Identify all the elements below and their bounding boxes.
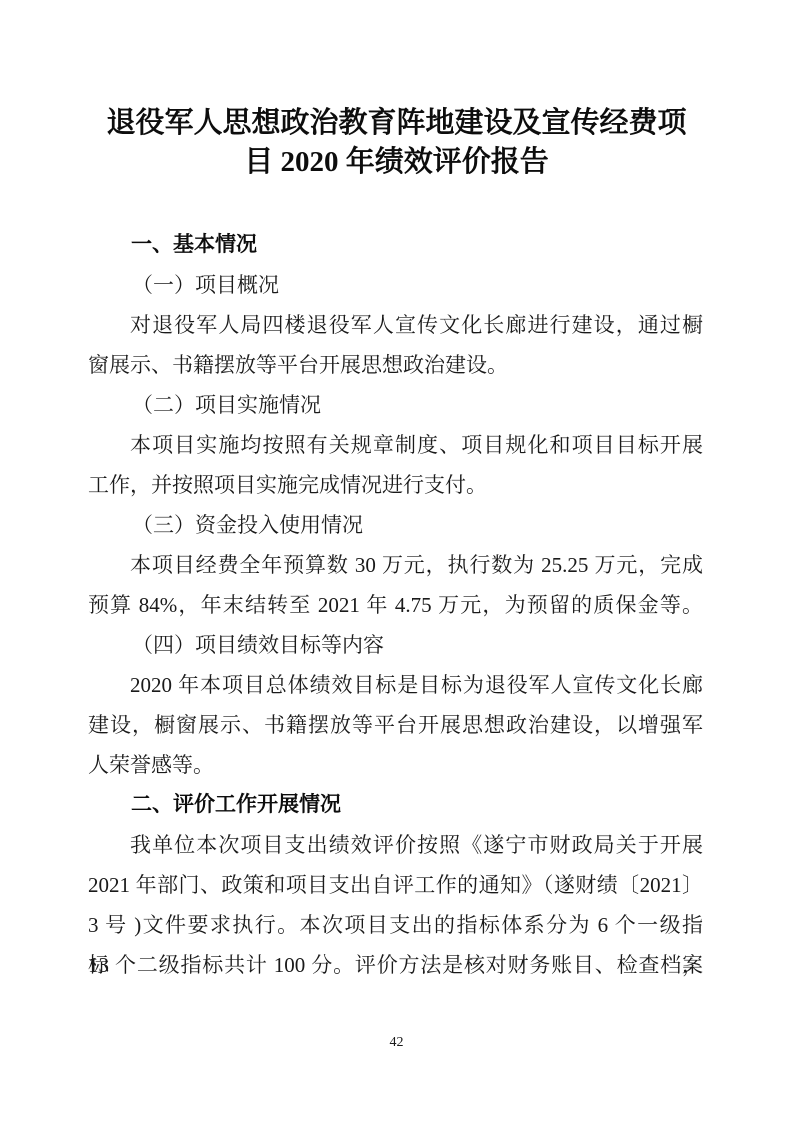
section-heading-basic-situation: 一、基本情况: [88, 225, 703, 265]
paragraph-line: 人荣誉感等。: [88, 745, 703, 785]
paragraph-line: 我单位本次项目支出绩效评价按照《遂宁市财政局关于开展: [88, 825, 703, 865]
paragraph-line: 本项目实施均按照有关规章制度、项目规化和项目目标开展: [88, 425, 703, 465]
subsection-heading-implementation: （二）项目实施情况: [88, 385, 703, 425]
subsection-heading-performance-targets: （四）项目绩效目标等内容: [88, 625, 703, 665]
paragraph-line: 预算 84%，年末结转至 2021 年 4.75 万元，为预留的质保金等。: [88, 585, 703, 625]
paragraph-line: 3 号 )文件要求执行。本次项目支出的指标体系分为 6 个一级指标，: [88, 905, 703, 945]
report-title-line-2: 目 2020 年绩效评价报告: [90, 143, 703, 182]
page-number: 42: [0, 1034, 793, 1052]
paragraph-line: 13 个二级指标共计 100 分。评价方法是核对财务账目、检查档案: [88, 945, 703, 985]
paragraph-line: 建设，橱窗展示、书籍摆放等平台开展思想政治建设，以增强军: [88, 705, 703, 745]
report-title: 退役军人思想政治教育阵地建设及宣传经费项 目 2020 年绩效评价报告: [90, 104, 703, 182]
report-title-line-1: 退役军人思想政治教育阵地建设及宣传经费项: [90, 104, 703, 143]
report-body: 一、基本情况 （一）项目概况 对退役军人局四楼退役军人宣传文化长廊进行建设，通过…: [88, 225, 703, 985]
section-heading-evaluation-work: 二、评价工作开展情况: [88, 785, 703, 825]
paragraph-line: 2021 年部门、政策和项目支出自评工作的通知》（遂财绩〔2021〕: [88, 865, 703, 905]
subsection-heading-project-overview: （一）项目概况: [88, 265, 703, 305]
paragraph-line: 工作，并按照项目实施完成情况进行支付。: [88, 465, 703, 505]
document-page: 退役军人思想政治教育阵地建设及宣传经费项 目 2020 年绩效评价报告 一、基本…: [0, 0, 793, 1122]
paragraph-line: 本项目经费全年预算数 30 万元，执行数为 25.25 万元，完成: [88, 545, 703, 585]
paragraph-line: 窗展示、书籍摆放等平台开展思想政治建设。: [88, 345, 703, 385]
paragraph-line: 对退役军人局四楼退役军人宣传文化长廊进行建设，通过橱: [88, 305, 703, 345]
subsection-heading-funding-usage: （三）资金投入使用情况: [88, 505, 703, 545]
paragraph-line: 2020 年本项目总体绩效目标是目标为退役军人宣传文化长廊: [88, 665, 703, 705]
